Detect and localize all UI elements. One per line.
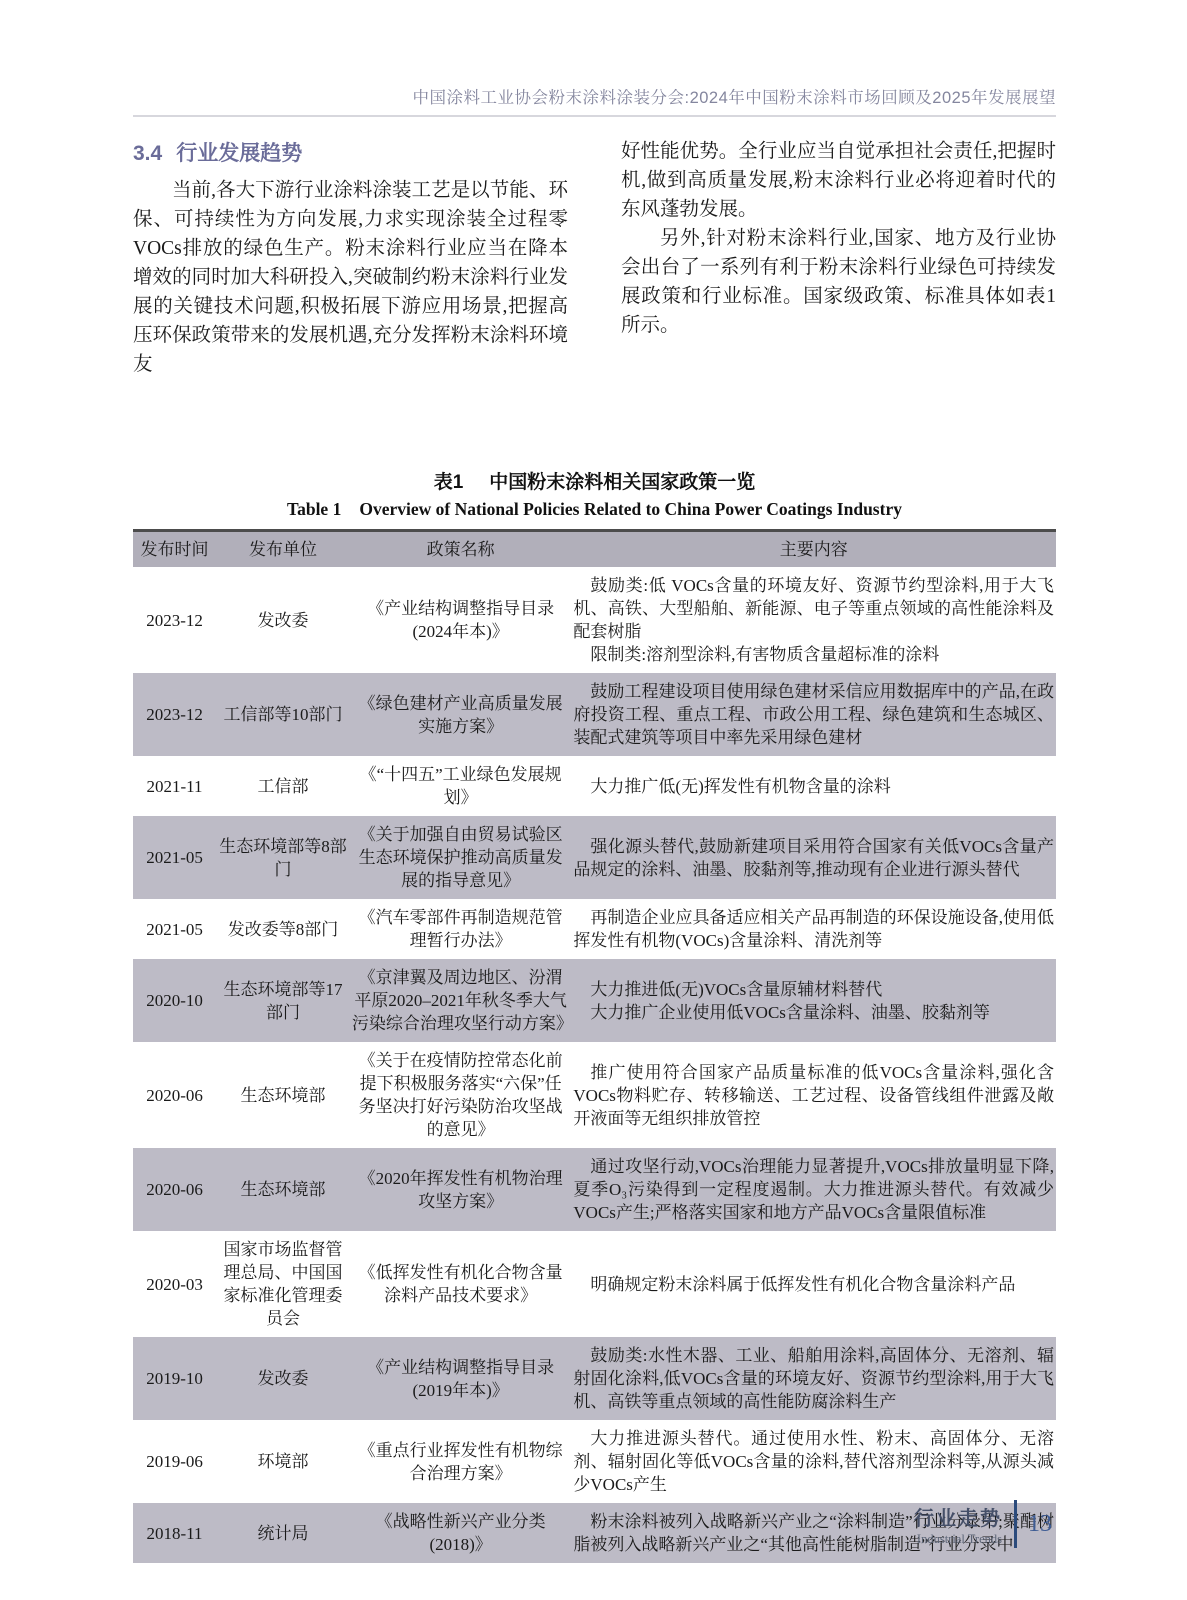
content-paragraph: 通过攻坚行动,VOCs治理能力显著提升,VOCs排放量明显下降,夏季O₃污染得到… (573, 1155, 1054, 1224)
cell-org: 发改委等8部门 (216, 899, 350, 959)
cell-org: 国家市场监督管理总局、中国国家标准化管理委员会 (216, 1231, 350, 1337)
table-header-row: 发布时间 发布单位 政策名称 主要内容 (133, 531, 1056, 568)
cell-org: 生态环境部 (216, 1042, 350, 1148)
table-caption-cn: 表1中国粉末涂料相关国家政策一览 (133, 467, 1056, 494)
cell-policy: 《低挥发性有机化合物含量涂料产品技术要求》 (350, 1231, 572, 1337)
body-paragraph: 当前,各大下游行业涂料涂装工艺是以节能、环保、可持续性为方向发展,力求实现涂装全… (133, 176, 568, 379)
table-row: 2020-06 生态环境部 《关于在疫情防控常态化前提下积极服务落实“六保”任务… (133, 1042, 1056, 1148)
table-caption-cn-label: 表1 (434, 472, 464, 493)
document-page: 中国涂料工业协会粉末涂料涂装分会:2024年中国粉末涂料市场回顾及2025年发展… (0, 0, 1187, 1600)
cell-content: 明确规定粉末涂料属于低挥发性有机化合物含量涂料产品 (571, 1231, 1056, 1337)
table-row: 2020-06 生态环境部 《2020年挥发性有机物治理攻坚方案》 通过攻坚行动… (133, 1148, 1056, 1231)
cell-policy: 《绿色建材产业高质量发展实施方案》 (350, 673, 572, 756)
cell-policy: 《2020年挥发性有机物治理攻坚方案》 (350, 1148, 572, 1231)
cell-policy: 《关于加强自由贸易试验区生态环境保护推动高质量发展的指导意见》 (350, 816, 572, 899)
body-columns: 3.4行业发展趋势 当前,各大下游行业涂料涂装工艺是以节能、环保、可持续性为方向… (133, 137, 1056, 379)
cell-content: 鼓励工程建设项目使用绿色建材采信应用数据库中的产品,在政府投资工程、重点工程、市… (571, 673, 1056, 756)
footer-labels: 行业走势 Industrial Trends (914, 1502, 1002, 1547)
cell-content: 鼓励类:低 VOCs含量的环境友好、资源节约型涂料,用于大飞机、高铁、大型船舶、… (571, 567, 1056, 673)
table-row: 2023-12 发改委 《产业结构调整指导目录(2024年本)》 鼓励类:低 V… (133, 567, 1056, 673)
content-paragraph: 鼓励类:低 VOCs含量的环境友好、资源节约型涂料,用于大飞机、高铁、大型船舶、… (573, 574, 1054, 643)
table-row: 2019-10 发改委 《产业结构调整指导目录(2019年本)》 鼓励类:水性木… (133, 1337, 1056, 1420)
table-row: 2020-10 生态环境部等17部门 《京津翼及周边地区、汾渭平原2020–20… (133, 959, 1056, 1042)
cell-org: 环境部 (216, 1420, 350, 1503)
table-caption-en: Table 1Overview of National Policies Rel… (133, 499, 1056, 520)
footer-section-label-en: Industrial Trends (914, 1532, 1002, 1547)
cell-org: 生态环境部等8部门 (216, 816, 350, 899)
content-paragraph: 大力推进源头替代。通过使用水性、粉末、高固体分、无溶剂、辐射固化等低VOCs含量… (573, 1427, 1054, 1496)
content-paragraph: 大力推广企业使用低VOCs含量涂料、油墨、胶黏剂等 (573, 1001, 1054, 1024)
cell-content: 大力推进低(无)VOCs含量原辅材料替代 大力推广企业使用低VOCs含量涂料、油… (571, 959, 1056, 1042)
cell-date: 2020-10 (133, 959, 216, 1042)
cell-content: 大力推进源头替代。通过使用水性、粉末、高固体分、无溶剂、辐射固化等低VOCs含量… (571, 1420, 1056, 1503)
policy-table-block: 表1中国粉末涂料相关国家政策一览 Table 1Overview of Nati… (133, 467, 1056, 1563)
cell-content: 大力推广低(无)挥发性有机物含量的涂料 (571, 756, 1056, 816)
column-header-date: 发布时间 (133, 531, 216, 568)
cell-policy: 《汽车零部件再制造规范管理暂行办法》 (350, 899, 572, 959)
content-paragraph: 大力推广低(无)挥发性有机物含量的涂料 (573, 775, 1054, 798)
cell-policy: 《战略性新兴产业分类(2018)》 (350, 1503, 572, 1563)
cell-org: 生态环境部等17部门 (216, 959, 350, 1042)
right-column: 好性能优势。全行业应当自觉承担社会责任,把握时机,做到高质量发展,粉末涂料行业必… (621, 137, 1056, 379)
cell-date: 2019-06 (133, 1420, 216, 1503)
cell-org: 发改委 (216, 1337, 350, 1420)
footer-section-label-cn: 行业走势 (914, 1502, 1002, 1531)
table-row: 2020-03 国家市场监督管理总局、中国国家标准化管理委员会 《低挥发性有机化… (133, 1231, 1056, 1337)
cell-date: 2021-11 (133, 756, 216, 816)
cell-content: 再制造企业应具备适应相关产品再制造的环保设施设备,使用低挥发性有机物(VOCs)… (571, 899, 1056, 959)
table-caption-en-label: Table 1 (287, 499, 341, 519)
cell-content: 鼓励类:水性木器、工业、船舶用涂料,高固体分、无溶剂、辐射固化涂料,低VOCs含… (571, 1337, 1056, 1420)
table-row: 2021-05 生态环境部等8部门 《关于加强自由贸易试验区生态环境保护推动高质… (133, 816, 1056, 899)
cell-content: 通过攻坚行动,VOCs治理能力显著提升,VOCs排放量明显下降,夏季O₃污染得到… (571, 1148, 1056, 1231)
cell-policy: 《“十四五”工业绿色发展规划》 (350, 756, 572, 816)
section-heading: 3.4行业发展趋势 (133, 137, 568, 167)
header-rule (133, 115, 1056, 117)
cell-org: 工信部等10部门 (216, 673, 350, 756)
table-row: 2019-06 环境部 《重点行业挥发性有机物综合治理方案》 大力推进源头替代。… (133, 1420, 1056, 1503)
footer-divider-bar (1014, 1500, 1017, 1548)
content-paragraph: 大力推进低(无)VOCs含量原辅材料替代 (573, 978, 1054, 1001)
cell-date: 2020-06 (133, 1042, 216, 1148)
content-paragraph: 鼓励工程建设项目使用绿色建材采信应用数据库中的产品,在政府投资工程、重点工程、市… (573, 680, 1054, 749)
content-paragraph: 再制造企业应具备适应相关产品再制造的环保设施设备,使用低挥发性有机物(VOCs)… (573, 906, 1054, 952)
column-header-content: 主要内容 (571, 531, 1056, 568)
body-paragraph: 另外,针对粉末涂料行业,国家、地方及行业协会出台了一系列有利于粉末涂料行业绿色可… (621, 224, 1056, 340)
cell-date: 2020-06 (133, 1148, 216, 1231)
cell-content: 强化源头替代,鼓励新建项目采用符合国家有关低VOCs含量产品规定的涂料、油墨、胶… (571, 816, 1056, 899)
cell-org: 生态环境部 (216, 1148, 350, 1231)
content-paragraph: 鼓励类:水性木器、工业、船舶用涂料,高固体分、无溶剂、辐射固化涂料,低VOCs含… (573, 1344, 1054, 1413)
left-column: 3.4行业发展趋势 当前,各大下游行业涂料涂装工艺是以节能、环保、可持续性为方向… (133, 137, 568, 379)
cell-date: 2023-12 (133, 673, 216, 756)
cell-date: 2021-05 (133, 816, 216, 899)
cell-policy: 《京津翼及周边地区、汾渭平原2020–2021年秋冬季大气污染综合治理攻坚行动方… (350, 959, 572, 1042)
cell-date: 2018-11 (133, 1503, 216, 1563)
cell-org: 统计局 (216, 1503, 350, 1563)
table-row: 2021-05 发改委等8部门 《汽车零部件再制造规范管理暂行办法》 再制造企业… (133, 899, 1056, 959)
content-paragraph: 限制类:溶剂型涂料,有害物质含量超标准的涂料 (573, 643, 1054, 666)
section-number: 3.4 (133, 142, 162, 165)
policy-table: 发布时间 发布单位 政策名称 主要内容 2023-12 发改委 《产业结构调整指… (133, 529, 1056, 1563)
page-footer: 行业走势 Industrial Trends 13 (914, 1500, 1052, 1548)
column-header-org: 发布单位 (216, 531, 350, 568)
column-header-policy: 政策名称 (350, 531, 572, 568)
table-caption-en-text: Overview of National Policies Related to… (359, 499, 902, 519)
cell-org: 工信部 (216, 756, 350, 816)
cell-date: 2021-05 (133, 899, 216, 959)
cell-policy: 《重点行业挥发性有机物综合治理方案》 (350, 1420, 572, 1503)
table-row: 2021-11 工信部 《“十四五”工业绿色发展规划》 大力推广低(无)挥发性有… (133, 756, 1056, 816)
page-number: 13 (1028, 1511, 1052, 1538)
table-caption-cn-text: 中国粉末涂料相关国家政策一览 (489, 472, 755, 493)
cell-org: 发改委 (216, 567, 350, 673)
section-title: 行业发展趋势 (176, 142, 302, 165)
running-header-title: 中国涂料工业协会粉末涂料涂装分会:2024年中国粉末涂料市场回顾及2025年发展… (133, 84, 1056, 108)
table-row: 2023-12 工信部等10部门 《绿色建材产业高质量发展实施方案》 鼓励工程建… (133, 673, 1056, 756)
content-paragraph: 强化源头替代,鼓励新建项目采用符合国家有关低VOCs含量产品规定的涂料、油墨、胶… (573, 835, 1054, 881)
cell-policy: 《关于在疫情防控常态化前提下积极服务落实“六保”任务坚决打好污染防治攻坚战的意见… (350, 1042, 572, 1148)
cell-date: 2023-12 (133, 567, 216, 673)
body-paragraph: 好性能优势。全行业应当自觉承担社会责任,把握时机,做到高质量发展,粉末涂料行业必… (621, 137, 1056, 224)
content-paragraph: 明确规定粉末涂料属于低挥发性有机化合物含量涂料产品 (573, 1273, 1054, 1296)
cell-date: 2019-10 (133, 1337, 216, 1420)
cell-content: 推广使用符合国家产品质量标准的低VOCs含量涂料,强化含VOCs物料贮存、转移输… (571, 1042, 1056, 1148)
cell-policy: 《产业结构调整指导目录(2019年本)》 (350, 1337, 572, 1420)
cell-date: 2020-03 (133, 1231, 216, 1337)
content-paragraph: 推广使用符合国家产品质量标准的低VOCs含量涂料,强化含VOCs物料贮存、转移输… (573, 1061, 1054, 1130)
cell-policy: 《产业结构调整指导目录(2024年本)》 (350, 567, 572, 673)
